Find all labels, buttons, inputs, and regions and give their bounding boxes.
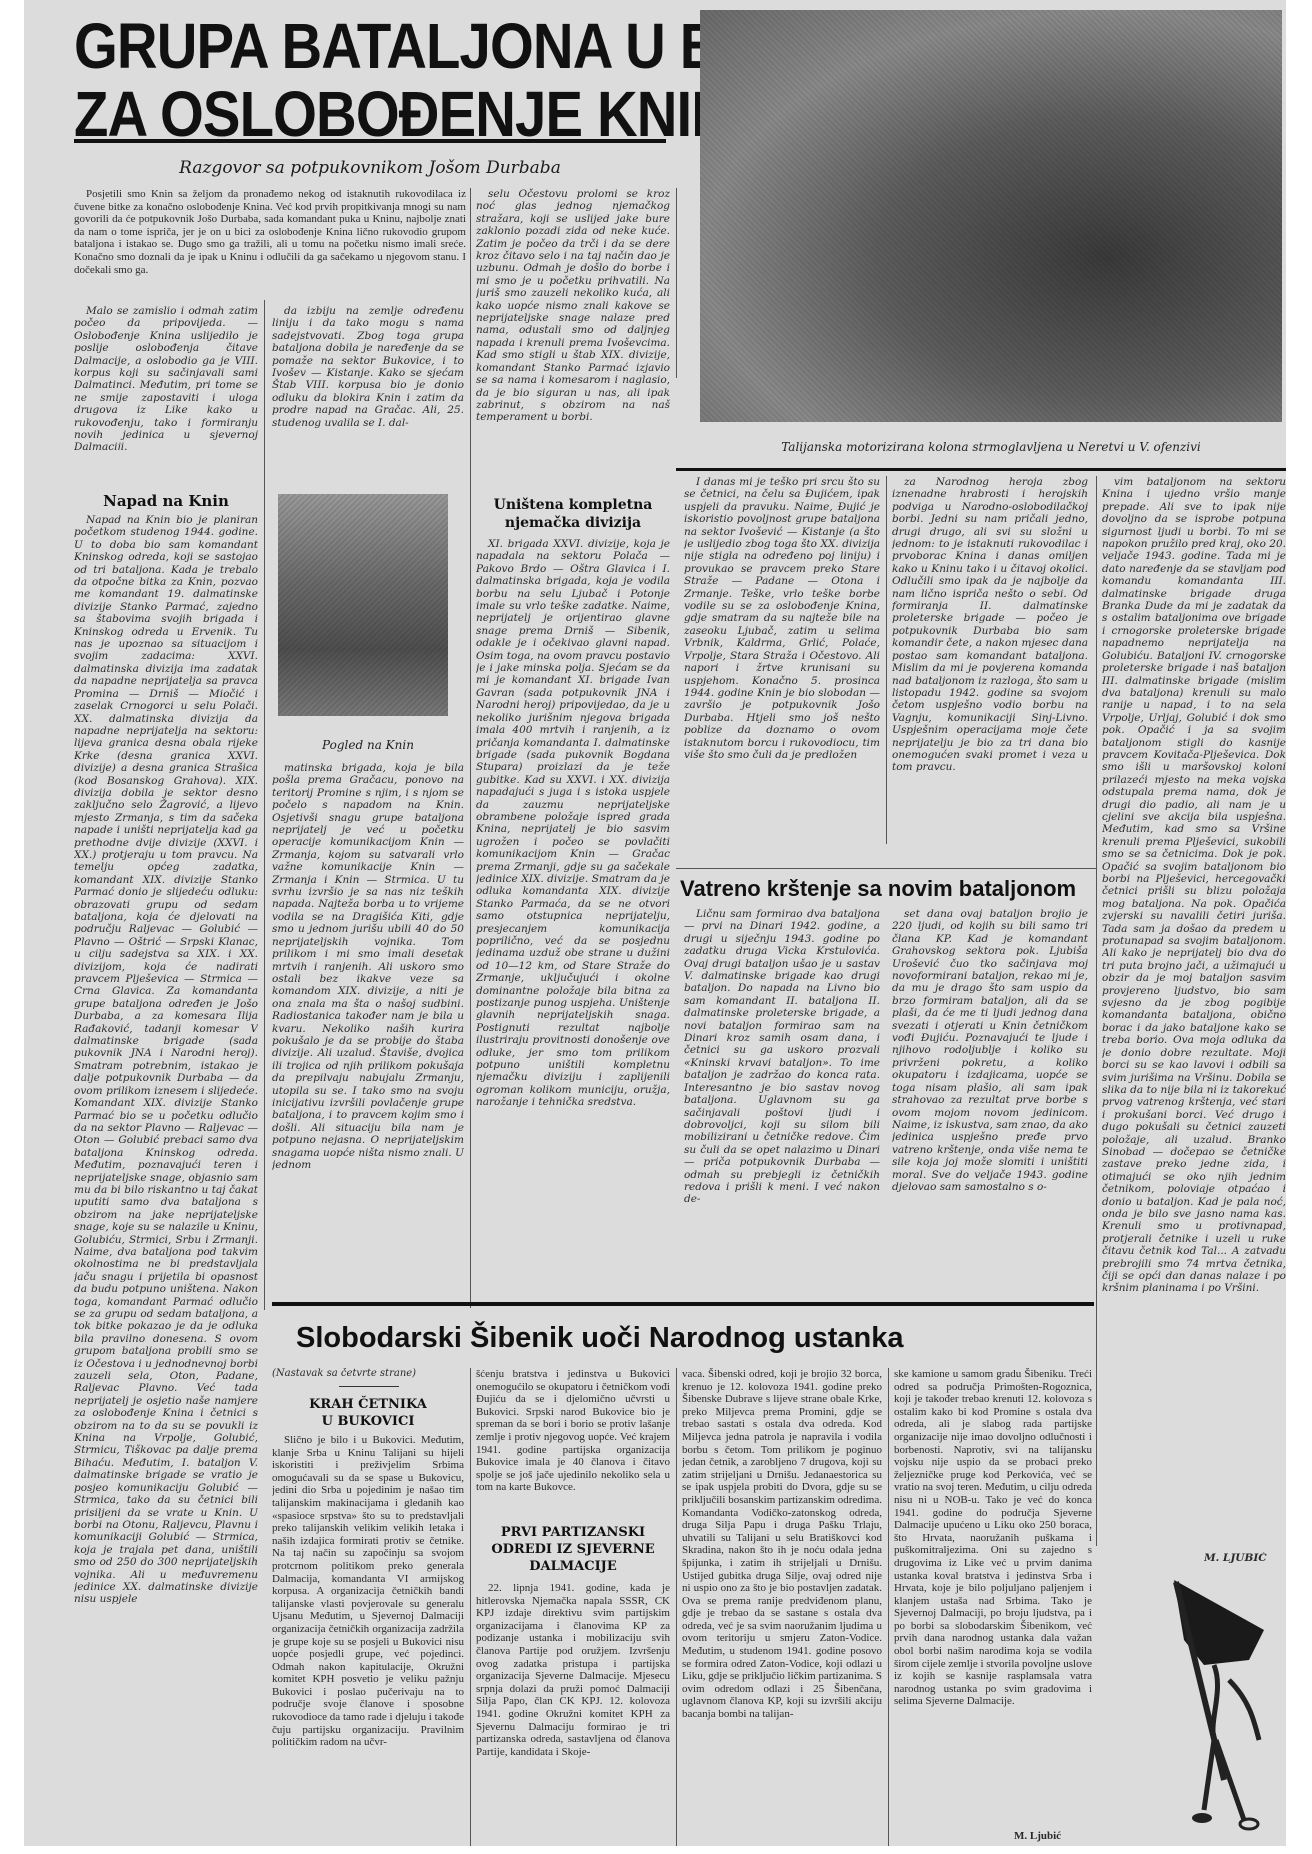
subheadline: Razgovor sa potpukovnikom Jošom Durbaba	[74, 158, 666, 178]
prvi-title-line1: PRVI PARTIZANSKI	[476, 1524, 670, 1541]
krah-title-line1: KRAH ČETNIKA	[272, 1396, 464, 1413]
section-title-napad: Napad na Knin	[74, 492, 258, 510]
col-far-right: vim bataljonom na sektoru Knina i ujedno…	[1102, 476, 1286, 1550]
section-title-vatreno: Vatreno krštenje sa novim bataljonom	[680, 876, 1096, 902]
section-napad-body: Napad na Knin bio je planiran početkom s…	[74, 514, 258, 1838]
column-divider	[264, 300, 265, 1310]
col1-paragraph: Malo se zamislio i odmah zatim počeo da …	[74, 305, 258, 450]
col1-text: Malo se zamislio i odmah zatim počeo da …	[74, 305, 258, 450]
article2-top-rule	[272, 1302, 1094, 1306]
col3-paragraph: selu Očestovu prolomi se kroz noć glas j…	[476, 188, 670, 480]
continued-note: (Nastavak sa četvrte strane)	[272, 1368, 464, 1380]
photo-knin-caption: Pogled na Knin	[272, 738, 464, 752]
vatreno-col-a: Ličnu sam formirao dva bataljona — prvi …	[684, 908, 880, 1306]
photo-italian-caption: Talijanska motorizirana kolona strmoglav…	[700, 440, 1282, 454]
section-unistena-text: XI. brigada XXVI. divizije, koja je napa…	[476, 538, 670, 1109]
section-napad-text: Napad na Knin bio je planiran početkom s…	[74, 514, 258, 1606]
col2-lower-text: matinska brigada, koja je bila pošla pre…	[272, 762, 464, 1171]
partisan-flag-icon	[1154, 1570, 1274, 1840]
column-divider	[886, 476, 887, 844]
col-far-right-text: vim bataljonom na sektoru Knina i ujedno…	[1102, 476, 1286, 1295]
section-divider	[676, 868, 1096, 869]
column-divider	[470, 1368, 471, 1846]
article2-col3-text: vaca. Šibenski odred, koji je brojio 32 …	[682, 1368, 882, 1721]
partisan-flag-illustration	[1154, 1570, 1274, 1840]
prvi-title-line2: ODREDI IZ SJEVERNE	[476, 1541, 670, 1558]
col2-text: da izbiju na zemlje određenu liniju i da…	[272, 305, 464, 429]
article2-headline: Slobodarski Šibenik uoči Narodnog ustank…	[296, 1322, 1086, 1355]
prvi-title-line3: DALMACIJE	[476, 1558, 670, 1575]
article2-signature: M. Ljubić	[1014, 1830, 1094, 1843]
col-right1: I danas mi je teško pri srcu što su se č…	[684, 476, 880, 844]
column-divider	[470, 188, 471, 1308]
far-right-signature: M. LJUBIĆ	[1204, 1552, 1284, 1564]
krah-text: Slično je bilo i u Bukovici. Međutim, kl…	[272, 1434, 464, 1749]
article2-col3: vaca. Šibenski odred, koji je brojio 32 …	[682, 1368, 882, 1846]
vatreno-col-a-text: Ličnu sam formirao dva bataljona — prvi …	[684, 908, 880, 1206]
col3-text: selu Očestovu prolomi se kroz noć glas j…	[476, 188, 670, 424]
vatreno-col-b-text: set dana ovaj bataljon brojio je 220 lju…	[892, 908, 1088, 1193]
vatreno-col-b: set dana ovaj bataljon brojio je 220 lju…	[892, 908, 1088, 1306]
prvi-text: 22. lipnja 1941. godine, kada je hitlero…	[476, 1582, 670, 1758]
section-title-krah: KRAH ČETNIKA U BUKOVICI	[272, 1396, 464, 1430]
photo-rule	[676, 468, 1286, 471]
photo-italian-column	[700, 10, 1282, 422]
note-rule	[339, 1386, 399, 1387]
column-divider	[676, 1368, 677, 1846]
section-title-prvi: PRVI PARTIZANSKI ODREDI IZ SJEVERNE DALM…	[476, 1524, 670, 1575]
main-headline-line1: GRUPA BATALJONA U BICI	[74, 14, 789, 78]
col2-paragraph: da izbiju na zemlje određenu liniju i da…	[272, 305, 464, 487]
column-divider	[888, 1368, 889, 1846]
column-divider	[1096, 476, 1097, 1546]
article2-col4: ske kamione u samom gradu Šibeniku. Treć…	[894, 1368, 1092, 1828]
krah-continued: šćenju bratstva i jedinstva u Bukovici o…	[476, 1368, 670, 1516]
section-unistena-body: XI. brigada XXVI. divizije, koja je napa…	[476, 538, 670, 1290]
krah-continued-text: šćenju bratstva i jedinstva u Bukovici o…	[476, 1368, 670, 1494]
krah-title-line2: U BUKOVICI	[272, 1413, 464, 1430]
intro-paragraph: Posjetili smo Knin sa željom da pronađem…	[74, 188, 466, 298]
col-right2-text: za Narodnog heroja zbog iznenadne hrabro…	[892, 476, 1088, 774]
newspaper-page: GRUPA BATALJONA U BICI ZA OSLOBOĐENJE KN…	[24, 0, 1286, 1846]
section-title-unistena: Uništena kompletna njemačka divizija	[476, 496, 670, 532]
photo-knin-view	[278, 494, 448, 716]
column-divider	[676, 188, 677, 378]
col-right2: za Narodnog heroja zbog iznenadne hrabro…	[892, 476, 1088, 844]
article2-col4-text: ske kamione u samom gradu Šibeniku. Treć…	[894, 1368, 1092, 1708]
headline-rule	[74, 139, 666, 143]
col-right1-text: I danas mi je teško pri srcu što su se č…	[684, 476, 880, 761]
krah-body: Slično je bilo i u Bukovici. Međutim, kl…	[272, 1434, 464, 1846]
col2-lower: matinska brigada, koja je bila pošla pre…	[272, 762, 464, 1292]
prvi-body: 22. lipnja 1941. godine, kada je hitlero…	[476, 1582, 670, 1846]
main-headline-line2: ZA OSLOBOĐENJE KNINA	[74, 82, 771, 146]
intro-text: Posjetili smo Knin sa željom da pronađem…	[74, 188, 466, 276]
